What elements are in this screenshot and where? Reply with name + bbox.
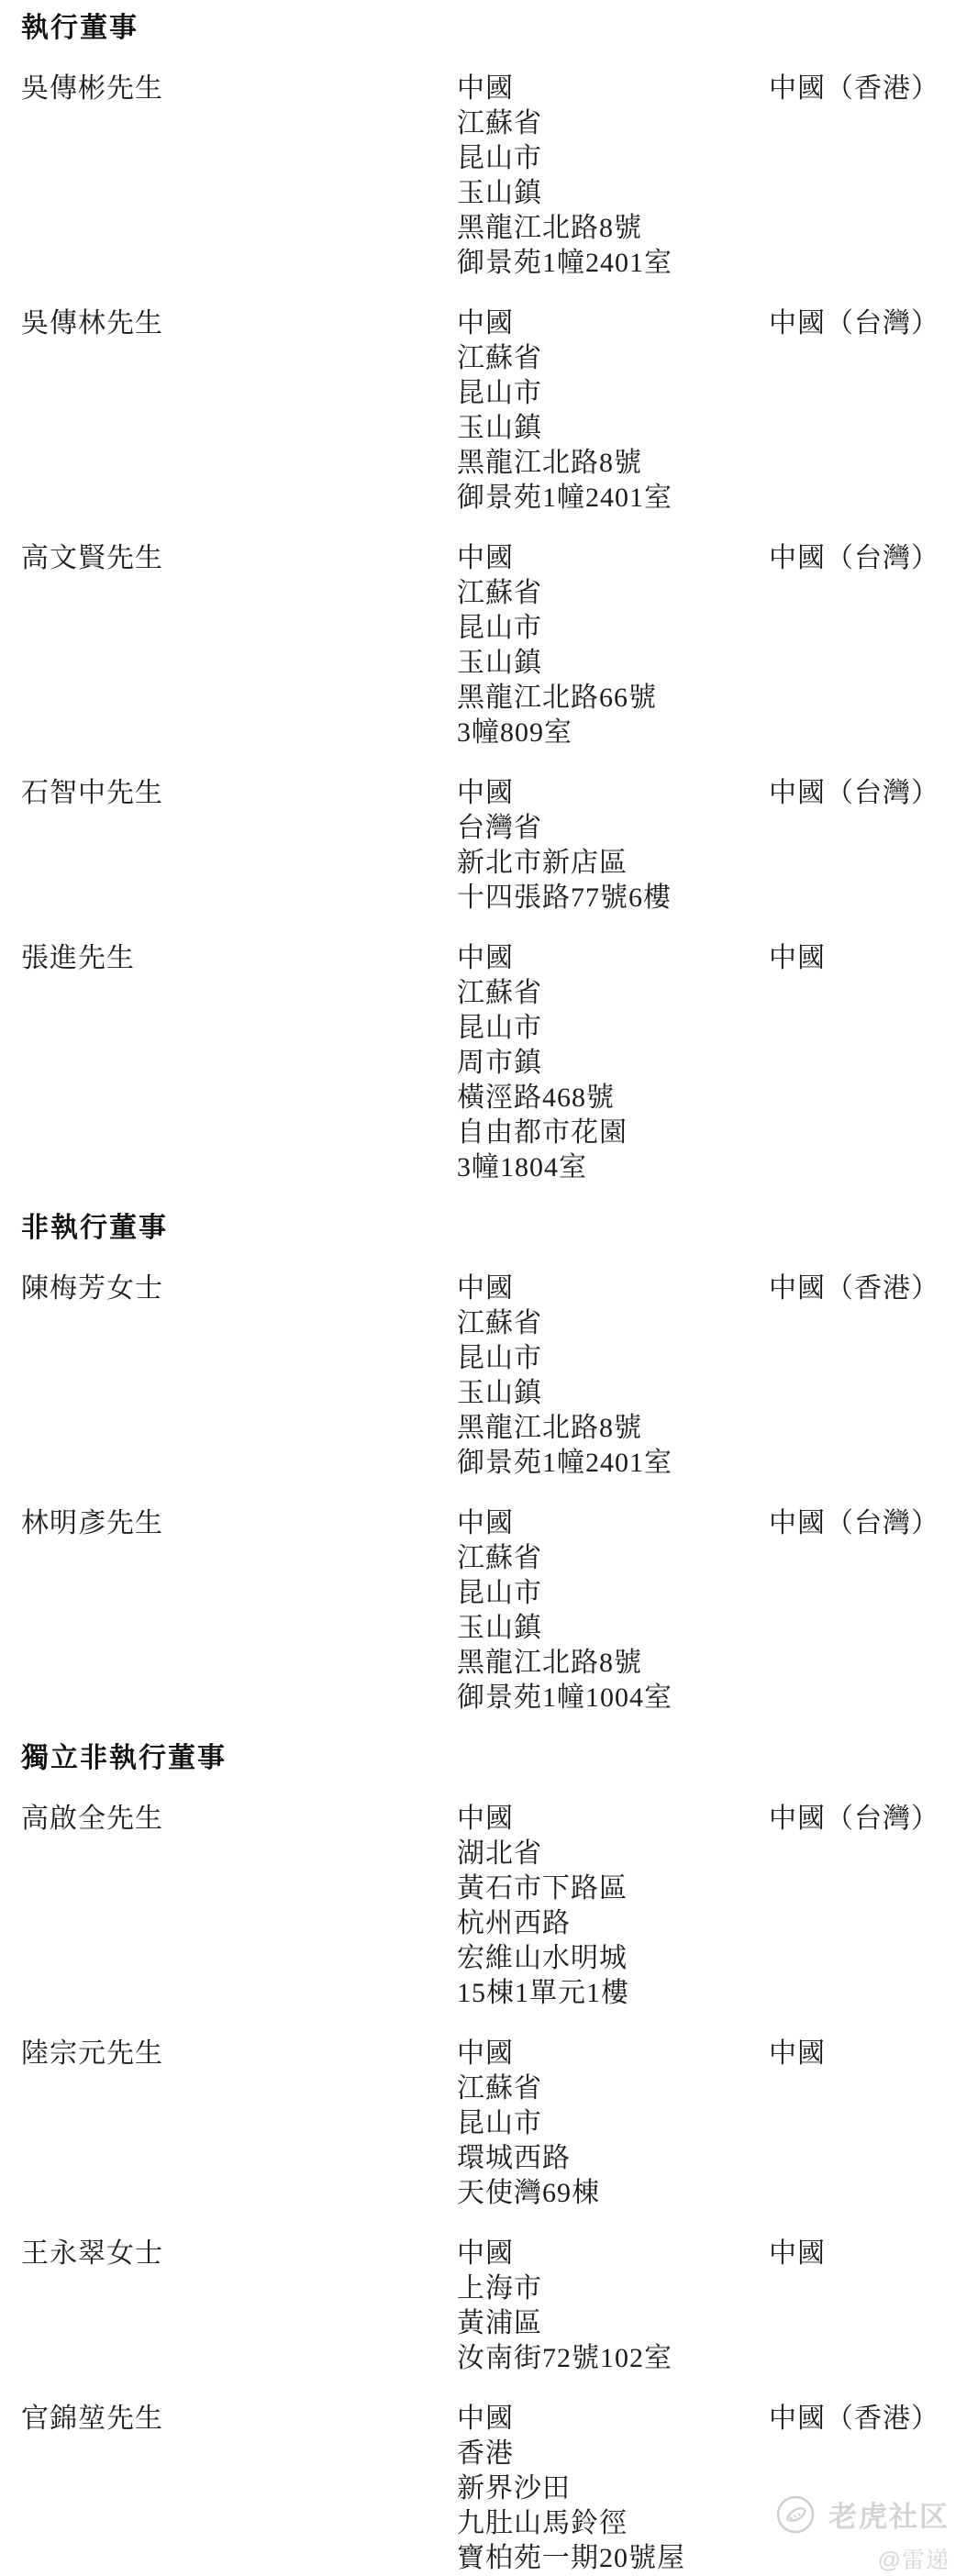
- address-line: 江蘇省: [457, 2071, 769, 2106]
- address-line: 江蘇省: [457, 341, 769, 376]
- address-line: 汝南街72號102室: [457, 2341, 769, 2376]
- address-line: 寶柏苑一期20號屋: [457, 2541, 769, 2576]
- director-row: 張進先生中國江蘇省昆山市周市鎮橫涇路468號自由都市花園3幢1804室中國: [21, 941, 967, 1185]
- address-line: 黑龍江北路8號: [457, 1411, 769, 1446]
- director-address: 中國湖北省黃石市下路區杭州西路宏維山水明城15棟1單元1樓: [457, 1802, 769, 2011]
- director-nationality: 中國（香港）: [769, 1271, 967, 1306]
- director-name: 林明彥先生: [21, 1506, 457, 1541]
- address-line: 昆山市: [457, 1576, 769, 1611]
- director-name: 官錦堃先生: [21, 2402, 457, 2437]
- address-line: 中國: [457, 2037, 769, 2071]
- director-address: 中國台灣省新北市新店區十四張路77號6樓: [457, 776, 769, 916]
- watermark-row: 老虎社区: [775, 2493, 950, 2535]
- director-name: 高啟全先生: [21, 1802, 457, 1837]
- director-row: 王永翠女士中國上海市黃浦區汝南街72號102室中國: [21, 2237, 967, 2376]
- address-line: 周市鎮: [457, 1046, 769, 1081]
- director-address: 中國江蘇省昆山市玉山鎮黑龍江北路8號御景苑1幢2401室: [457, 306, 769, 516]
- director-nationality: 中國（台灣）: [769, 306, 967, 341]
- director-name: 陳梅芳女士: [21, 1271, 457, 1306]
- address-line: 黑龍江北路8號: [457, 211, 769, 246]
- address-line: 江蘇省: [457, 576, 769, 611]
- address-line: 上海市: [457, 2271, 769, 2306]
- director-address: 中國香港新界沙田九肚山馬鈴徑寶柏苑一期20號屋: [457, 2402, 769, 2576]
- address-line: 15棟1單元1樓: [457, 1976, 769, 2011]
- director-row: 高啟全先生中國湖北省黃石市下路區杭州西路宏維山水明城15棟1單元1樓中國（台灣）: [21, 1802, 967, 2011]
- address-line: 自由都市花園: [457, 1116, 769, 1150]
- address-line: 玉山鎮: [457, 411, 769, 446]
- address-line: 橫涇路468號: [457, 1081, 769, 1116]
- address-line: 江蘇省: [457, 976, 769, 1011]
- address-line: 中國: [457, 776, 769, 811]
- section-header: 獨立非執行董事: [21, 1741, 967, 1776]
- address-line: 黑龍江北路66號: [457, 681, 769, 716]
- address-line: 3幢1804室: [457, 1150, 769, 1185]
- address-line: 江蘇省: [457, 1306, 769, 1341]
- address-line: 環城西路: [457, 2141, 769, 2176]
- director-name: 石智中先生: [21, 776, 457, 811]
- address-line: 玉山鎮: [457, 1376, 769, 1411]
- address-line: 新界沙田: [457, 2471, 769, 2506]
- address-line: 中國: [457, 941, 769, 976]
- director-row: 高文賢先生中國江蘇省昆山市玉山鎮黑龍江北路66號3幢809室中國（台灣）: [21, 541, 967, 750]
- address-line: 杭州西路: [457, 1906, 769, 1941]
- address-line: 湖北省: [457, 1837, 769, 1871]
- address-line: 玉山鎮: [457, 646, 769, 681]
- director-name: 陸宗元先生: [21, 2037, 457, 2071]
- director-name: 高文賢先生: [21, 541, 457, 576]
- director-address: 中國江蘇省昆山市玉山鎮黑龍江北路66號3幢809室: [457, 541, 769, 750]
- address-line: 3幢809室: [457, 716, 769, 750]
- address-line: 中國: [457, 2237, 769, 2271]
- prospectus-directors-page: 執行董事吳傳彬先生中國江蘇省昆山市玉山鎮黑龍江北路8號御景苑1幢2401室中國（…: [0, 0, 967, 2576]
- director-address: 中國江蘇省昆山市環城西路天使灣69棟: [457, 2037, 769, 2211]
- director-address: 中國江蘇省昆山市玉山鎮黑龍江北路8號御景苑1幢1004室: [457, 1506, 769, 1715]
- director-nationality: 中國: [769, 2237, 967, 2271]
- address-line: 中國: [457, 2402, 769, 2437]
- address-line: 玉山鎮: [457, 176, 769, 211]
- director-name: 張進先生: [21, 941, 457, 976]
- address-line: 昆山市: [457, 141, 769, 176]
- address-line: 昆山市: [457, 1011, 769, 1046]
- address-line: 黑龍江北路8號: [457, 446, 769, 481]
- director-nationality: 中國（台灣）: [769, 541, 967, 576]
- director-address: 中國江蘇省昆山市周市鎮橫涇路468號自由都市花園3幢1804室: [457, 941, 769, 1185]
- address-line: 天使灣69棟: [457, 2176, 769, 2211]
- director-row: 石智中先生中國台灣省新北市新店區十四張路77號6樓中國（台灣）: [21, 776, 967, 916]
- watermark: 老虎社区 @雷递: [775, 2493, 950, 2575]
- director-nationality: 中國: [769, 941, 967, 976]
- director-nationality: 中國（台灣）: [769, 1802, 967, 1837]
- address-line: 九肚山馬鈴徑: [457, 2506, 769, 2541]
- director-name: 王永翠女士: [21, 2237, 457, 2271]
- address-line: 黑龍江北路8號: [457, 1646, 769, 1681]
- director-address: 中國江蘇省昆山市玉山鎮黑龍江北路8號御景苑1幢2401室: [457, 72, 769, 281]
- address-line: 黃浦區: [457, 2306, 769, 2341]
- section-header: 執行董事: [21, 11, 967, 46]
- address-line: 江蘇省: [457, 1541, 769, 1576]
- address-line: 中國: [457, 1506, 769, 1541]
- address-line: 黃石市下路區: [457, 1871, 769, 1906]
- address-line: 中國: [457, 72, 769, 106]
- address-line: 御景苑1幢2401室: [457, 1446, 769, 1481]
- address-line: 中國: [457, 541, 769, 576]
- tiger-logo-icon: [775, 2494, 816, 2535]
- address-line: 御景苑1幢2401室: [457, 246, 769, 281]
- address-line: 中國: [457, 1271, 769, 1306]
- address-line: 台灣省: [457, 811, 769, 846]
- address-line: 昆山市: [457, 376, 769, 411]
- director-name: 吳傳林先生: [21, 306, 457, 341]
- address-line: 御景苑1幢2401室: [457, 481, 769, 516]
- address-line: 十四張路77號6樓: [457, 881, 769, 916]
- address-line: 昆山市: [457, 611, 769, 646]
- director-nationality: 中國（台灣）: [769, 776, 967, 811]
- address-line: 新北市新店區: [457, 846, 769, 881]
- director-nationality: 中國: [769, 2037, 967, 2071]
- director-name: 吳傳彬先生: [21, 72, 457, 106]
- watermark-handle: @雷递: [775, 2542, 950, 2575]
- address-line: 昆山市: [457, 2106, 769, 2141]
- director-nationality: 中國（香港）: [769, 72, 967, 106]
- address-line: 御景苑1幢1004室: [457, 1681, 769, 1715]
- director-row: 陸宗元先生中國江蘇省昆山市環城西路天使灣69棟中國: [21, 2037, 967, 2211]
- section-header: 非執行董事: [21, 1211, 967, 1246]
- watermark-brand: 老虎社区: [828, 2493, 950, 2535]
- director-address: 中國江蘇省昆山市玉山鎮黑龍江北路8號御景苑1幢2401室: [457, 1271, 769, 1481]
- director-row: 吳傳彬先生中國江蘇省昆山市玉山鎮黑龍江北路8號御景苑1幢2401室中國（香港）: [21, 72, 967, 281]
- director-row: 陳梅芳女士中國江蘇省昆山市玉山鎮黑龍江北路8號御景苑1幢2401室中國（香港）: [21, 1271, 967, 1481]
- address-line: 玉山鎮: [457, 1611, 769, 1646]
- address-line: 昆山市: [457, 1341, 769, 1376]
- address-line: 江蘇省: [457, 106, 769, 141]
- director-row: 林明彥先生中國江蘇省昆山市玉山鎮黑龍江北路8號御景苑1幢1004室中國（台灣）: [21, 1506, 967, 1715]
- director-row: 吳傳林先生中國江蘇省昆山市玉山鎮黑龍江北路8號御景苑1幢2401室中國（台灣）: [21, 306, 967, 516]
- address-line: 中國: [457, 306, 769, 341]
- address-line: 宏維山水明城: [457, 1941, 769, 1976]
- director-nationality: 中國（香港）: [769, 2402, 967, 2437]
- director-address: 中國上海市黃浦區汝南街72號102室: [457, 2237, 769, 2376]
- address-line: 香港: [457, 2437, 769, 2471]
- address-line: 中國: [457, 1802, 769, 1837]
- directors-list: 執行董事吳傳彬先生中國江蘇省昆山市玉山鎮黑龍江北路8號御景苑1幢2401室中國（…: [21, 11, 967, 2576]
- director-nationality: 中國（台灣）: [769, 1506, 967, 1541]
